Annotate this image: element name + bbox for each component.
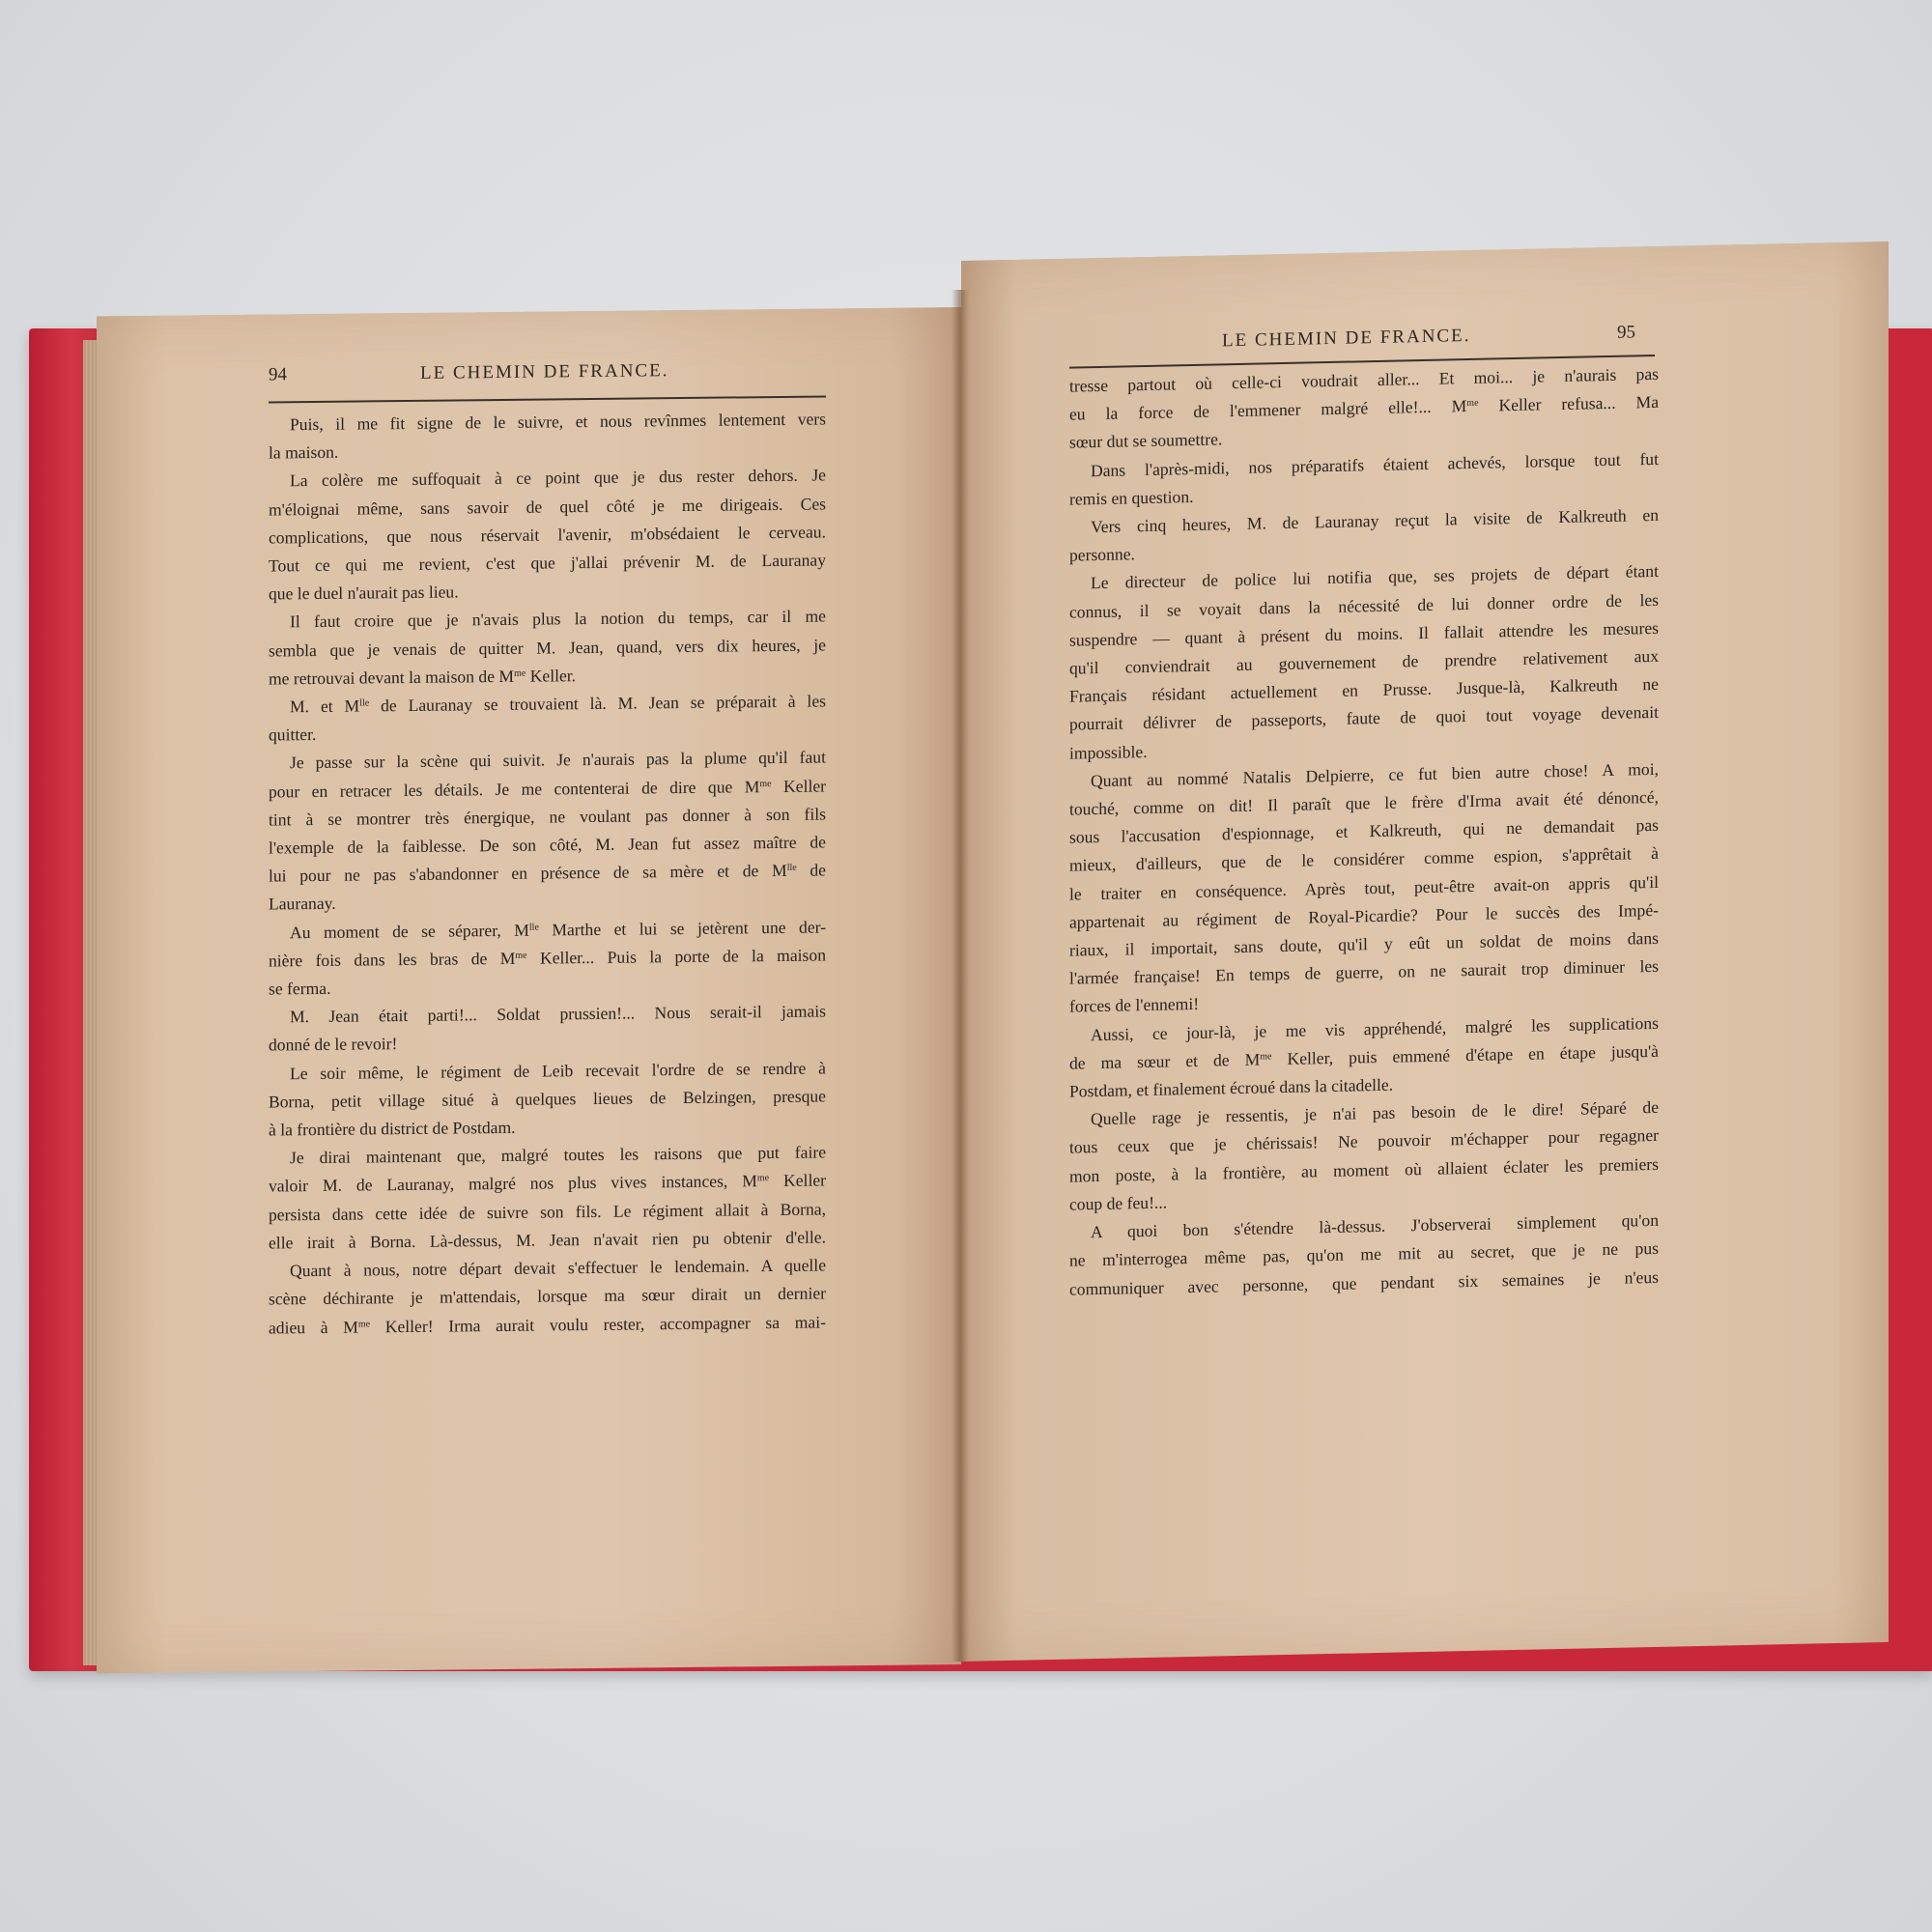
right-page: LE CHEMIN DE FRANCE. 95 tresse partout o… — [961, 241, 1889, 1662]
text-line: Borna, petit village situé à quelques li… — [269, 1082, 826, 1116]
text-line: sembla que je venais de quitter M. Jean,… — [269, 631, 826, 665]
book-gutter — [952, 290, 969, 1662]
page-number: 95 — [1617, 322, 1635, 343]
page-number: 94 — [269, 364, 287, 385]
right-page-body: tresse partout où celle-ci voudrait alle… — [1069, 360, 1659, 1303]
left-page-body: Puis, il me fit signe de le suivre, et n… — [269, 405, 826, 1342]
text-line: adieu à Mme Keller! Irma aurait voulu re… — [269, 1308, 826, 1342]
right-running-header: LE CHEMIN DE FRANCE. 95 — [1222, 322, 1635, 352]
running-head-title: LE CHEMIN DE FRANCE. — [420, 360, 668, 384]
text-line: nière fois dans les bras de Mme Keller..… — [269, 941, 826, 975]
left-page: 94 LE CHEMIN DE FRANCE. Puis, il me fit … — [97, 307, 961, 1673]
running-head-title: LE CHEMIN DE FRANCE. — [1222, 326, 1470, 352]
header-rule — [269, 395, 826, 403]
left-running-header: 94 LE CHEMIN DE FRANCE. — [269, 360, 668, 385]
